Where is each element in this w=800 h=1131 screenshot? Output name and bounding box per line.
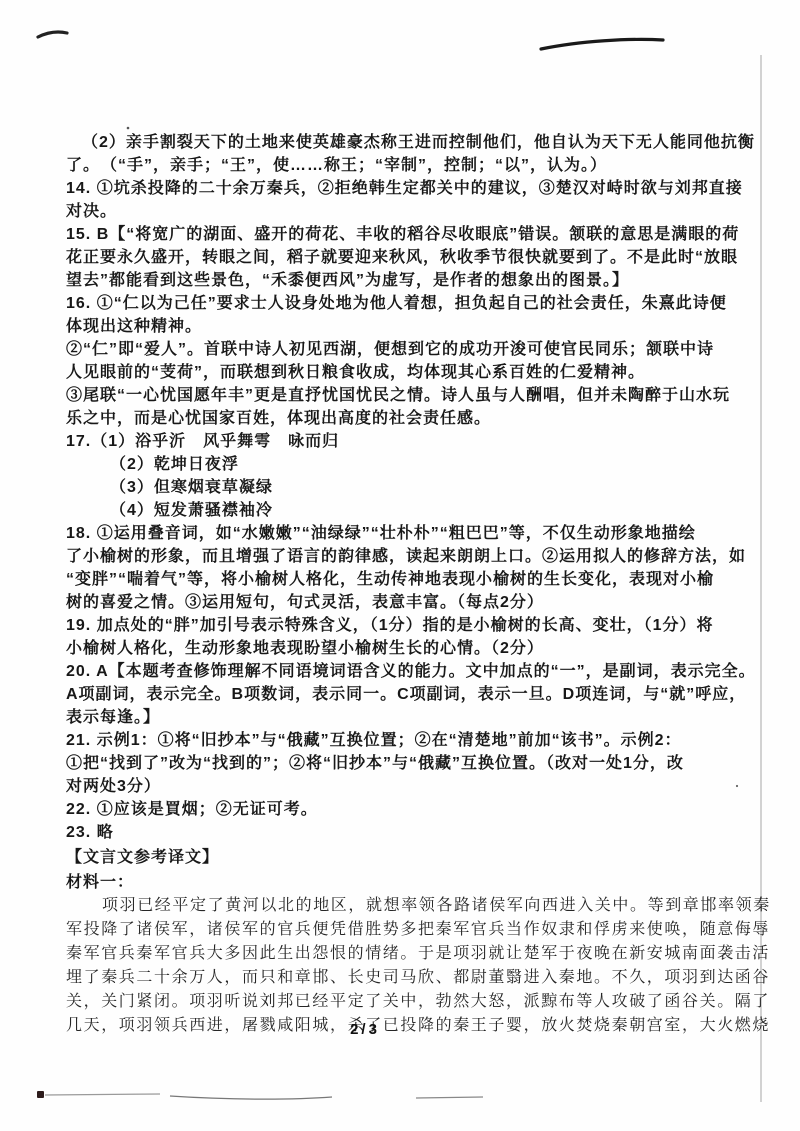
translation-line: 秦军官兵秦军官兵大多因此生出怨恨的情绪。于是项羽就让楚军于夜晚在新安城南面袭击活 [66,942,742,966]
page-number: 2/3 [0,1021,730,1038]
answer-21-line: ①把“找到了”改为“找到的”；②将“旧抄本”与“俄藏”互换位置。（改对一处1分，… [66,752,742,775]
answer-17-line: （3）但寒烟衰草凝绿 [66,476,742,499]
answer-20-line: A项副词，表示完全。B项数词，表示同一。C项副词，表示一旦。D项连词，与“就”呼… [66,683,742,706]
scan-mark-bottom-line [45,1094,160,1095]
scan-mark-top-left [38,32,67,37]
scanned-page: （2）亲手割裂天下的土地来使英雄豪杰称王进而控制他们，他自认为天下无人能同他抗衡… [0,0,800,1131]
answer-19-line: 小榆树人格化，生动形象地表现盼望小榆树生长的心情。（2分） [66,637,742,660]
answer-16-line: 体现出这种精神。 [66,315,742,338]
translation-line: 军投降了诸侯军，诸侯军的官兵便凭借胜势多把秦军官兵当作奴隶和俘虏来使唤，随意侮辱 [66,918,742,942]
answer-16-line: 人见眼前的“芰荷”，而联想到秋日粮食收成，均体现其心系百姓的仁爱精神。 [66,361,742,384]
scan-mark-bottom-line [416,1097,483,1098]
answer-19-line: 19. 加点处的“胖”加引号表示特殊含义，（1分）指的是小榆树的长高、变壮，（1… [66,614,742,637]
answer-13-2-line: 了。 （“手”，亲手；“王”，使……称王；“宰制”，控制；“以”，认为。） [66,154,742,177]
answer-22-line: 22. ①应该是買烟；②无证可考。 [66,798,742,821]
answer-13-2-line: （2）亲手割裂天下的土地来使英雄豪杰称王进而控制他们，他自认为天下无人能同他抗衡 [66,131,742,154]
answer-16-line: ②“仁”即“爱人”。首联中诗人初见西湖，便想到它的成功开浚可使官民同乐；颔联中诗 [66,338,742,361]
answer-18-line: 了小榆树的形象，而且增强了语言的韵律感，读起来朗朗上口。②运用拟人的修辞方法，如 [66,545,742,568]
answer-16-line: 16. ①“仁以为己任”要求士人设身处地为他人着想，担负起自己的社会责任，朱熹此… [66,292,742,315]
answer-20-line: 20. A【本题考查修饰理解不同语境词语含义的能力。文中加点的“一”，是副词，表… [66,660,742,683]
answer-21-line: 对两处3分） [66,775,742,798]
answer-18-line: “变胖”“喘着气”等，将小榆树人格化，生动传神地表现小榆树的生长变化，表现对小榆 [66,568,742,591]
answer-17-line: （2）乾坤日夜浮 [66,453,742,476]
material-1-label: 材料一： [66,871,742,894]
answer-15-line: 望去”都能看到这些景色，“禾黍便西风”为虚写，是作者的想象出的图景。】 [66,269,742,292]
answer-14-line: 对决。 [66,200,742,223]
scan-mark-bottom-line [170,1096,332,1099]
translation-line: 项羽已经平定了黄河以北的地区，就想率领各路诸侯军向西进入关中。等到章邯率领秦 [66,894,742,918]
answer-18-line: 18. ①运用叠音词，如“水嫩嫩”“油绿绿”“壮朴朴”“粗巴巴”等，不仅生动形象… [66,522,742,545]
answer-17-line: （4）短发萧骚襟袖冷 [66,499,742,522]
answer-20-line: 表示每逢。】 [66,706,742,729]
answer-17-line: 17.（1）浴乎沂 风乎舞雩 咏而归 [66,430,742,453]
translation-line: 关，关门紧闭。项羽听说刘邦已经平定了关中，勃然大怒，派黥布等人攻破了函谷关。隔了 [66,990,742,1014]
answer-23-line: 23. 略 [66,821,742,844]
answer-15-line: 15. B【“将宽广的湖面、盛开的荷花、丰收的稻谷尽收眼底”错误。颔联的意思是满… [66,223,742,246]
answer-21-line: 21. 示例1：①将“旧抄本”与“俄藏”互换位置；②在“清楚地”前加“该书”。示… [66,729,742,752]
answer-16-line: 乐之中，而是心忧国家百姓，体现出高度的社会责任感。 [66,407,742,430]
scan-speck [127,127,130,130]
scan-mark-top-right [541,39,663,49]
answer-18-line: 树的喜爱之情。③运用短句，句式灵活，表意丰富。（每点2分） [66,591,742,614]
scan-mark-bottom-dot [37,1091,44,1098]
answer-16-line: ③尾联“一心忧国愿年丰”更是直抒忧国忧民之情。诗人虽与人酬唱，但并未陶醉于山水玩 [66,384,742,407]
answer-14-line: 14. ①坑杀投降的二十余万秦兵，②拒绝韩生定都关中的建议，③楚汉对峙时欲与刘邦… [66,177,742,200]
answer-15-line: 花正要永久盛开，转眼之间，稻子就要迎来秋风，秋收季节很快就要到了。不是此时“放眼 [66,246,742,269]
translation-line: 埋了秦兵二十余万人，而只和章邯、长史司马欣、都尉董翳进入秦地。不久，项羽到达函谷 [66,966,742,990]
section-header-translation: 【文言文参考译文】 [66,846,742,869]
document-body: （2）亲手割裂天下的土地来使英雄豪杰称王进而控制他们，他自认为天下无人能同他抗衡… [66,131,742,1038]
